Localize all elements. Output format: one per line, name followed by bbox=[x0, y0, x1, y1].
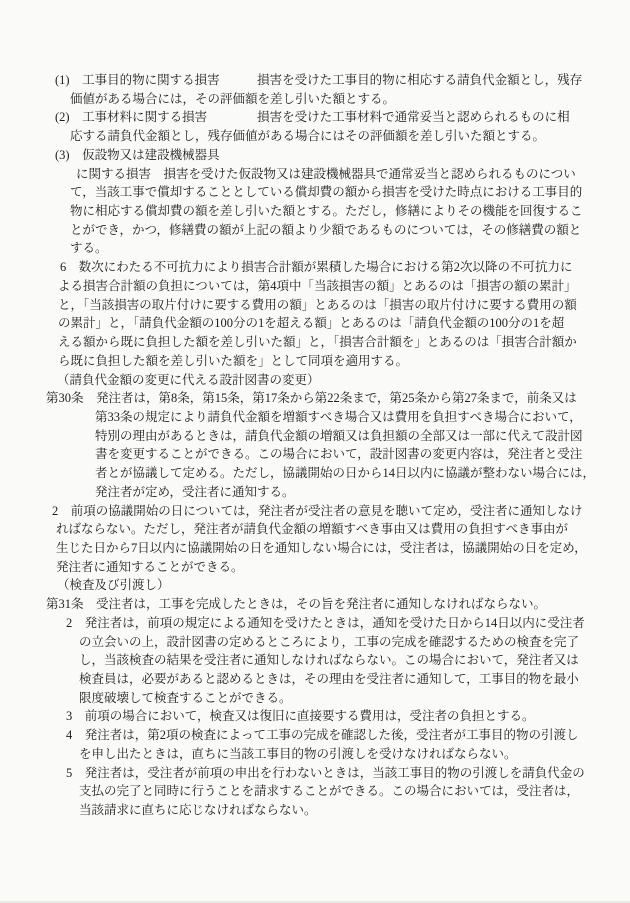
clause-item: 2 発注者は，前項の規定による通知を受けたときは，通知を受けた日から14日以内に… bbox=[0, 614, 630, 633]
article-heading: （請負代金額の変更に代える設計図書の変更） bbox=[0, 371, 630, 390]
article-continuation: 発注者が定め，受注者に通知する。 bbox=[0, 483, 630, 502]
clause-item-continuation: ら既に負担した額を差し引いた額を」として同項を適用する。 bbox=[0, 352, 630, 371]
clause-item: 5 発注者は，受注者が前項の申出を行わないときは，当該工事目的物の引渡しを請負代… bbox=[0, 764, 630, 783]
clause-item: 3 前項の場合において，検査又は復旧に直接要する費用は，受注者の負担とする。 bbox=[0, 707, 630, 726]
clause-item: 2 前項の協議開始の日については，発注者が受注者の意見を聴いて定め，受注者に通知… bbox=[0, 502, 630, 521]
list-item-continuation: 応する請負代金額とし，残存価値がある場合にはその評価額を差し引いた額とする。 bbox=[0, 127, 630, 146]
clause-item-continuation: 発注者に通知することができる。 bbox=[0, 558, 630, 577]
list-item-continuation: する。 bbox=[0, 239, 630, 258]
document-page: (1) 工事目的物に関する損害 損害を受けた工事目的物に相応する請負代金額とし，… bbox=[0, 0, 630, 903]
clause-item-continuation: 当該請求に直ちに応じなければならない。 bbox=[0, 801, 630, 820]
article-continuation: 者とが協議して定める。ただし，協議開始の日から14日以内に協議が整わない場合には… bbox=[0, 464, 630, 483]
clause-item-continuation: の累計」と，「請負代金額の100分の1を超える額」とあるのは「請負代金額の100… bbox=[0, 314, 630, 333]
list-item-continuation: に関する損害 損害を受けた仮設物又は建設機械器具で通常妥当と認められるものについ bbox=[0, 165, 630, 184]
article-continuation: 第33条の規定により請負代金額を増額すべき場合又は費用を負担すべき場合において， bbox=[0, 408, 630, 427]
list-item: (2) 工事材料に関する損害 損害を受けた工事材料で通常妥当と認められるものに相 bbox=[0, 108, 630, 127]
list-item-continuation: 物に相応する償却費の額を差し引いた額とする。ただし，修繕によりその機能を回復する… bbox=[0, 202, 630, 221]
clause-item-continuation: を申し出たときは，直ちに当該工事目的物の引渡しを受けなければならない。 bbox=[0, 745, 630, 764]
list-item-continuation: とができ，かつ，修繕費の額が上記の額より少額であるものについては，その修繕費の額… bbox=[0, 221, 630, 240]
clause-item-continuation: 支払の完了と同時に行うことを請求することができる。この場合においては，受注者は， bbox=[0, 782, 630, 801]
clause-item-continuation: し，当該検査の結果を受注者に通知しなければならない。この場合において，発注者又は bbox=[0, 651, 630, 670]
list-item-continuation: 価値がある場合には，その評価額を差し引いた額とする。 bbox=[0, 90, 630, 109]
clause-item-continuation: 生じた日から7日以内に協議開始の日を通知しない場合には，受注者は，協議開始の日を… bbox=[0, 539, 630, 558]
clause-item: 6 数次にわたる不可抗力により損害合計額が累積した場合における第2次以降の不可抗… bbox=[0, 258, 630, 277]
clause-item-continuation: よる損害合計額の負担については，第4項中「当該損害の額」とあるのは「損害の額の累… bbox=[0, 277, 630, 296]
list-item-continuation: て，当該工事で償却することとしている償却費の額から損害を受けた時点における工事目… bbox=[0, 183, 630, 202]
clause-item-continuation: 限度破壊して検査することができる。 bbox=[0, 689, 630, 708]
article-continuation: 書を変更することができる。この場合において，設計図書の変更内容は，発注者と受注 bbox=[0, 445, 630, 464]
list-item: (3) 仮設物又は建設機械器具 bbox=[0, 146, 630, 165]
article: 第30条 発注者は，第8条，第15条，第17条から第22条まで，第25条から第2… bbox=[0, 389, 630, 408]
list-item: (1) 工事目的物に関する損害 損害を受けた工事目的物に相応する請負代金額とし，… bbox=[0, 71, 630, 90]
clause-item: 4 発注者は，第2項の検査によって工事の完成を確認した後，受注者が工事目的物の引… bbox=[0, 726, 630, 745]
clause-item-continuation: の立会いの上，設計図書の定めるところにより，工事の完成を確認するための検査を完了 bbox=[0, 633, 630, 652]
article-heading: （検査及び引渡し） bbox=[0, 576, 630, 595]
clause-item-continuation: える額から既に負担した額を差し引いた額」と，「損害合計額を」とあるのは「損害合計… bbox=[0, 333, 630, 352]
document-text: (1) 工事目的物に関する損害 損害を受けた工事目的物に相応する請負代金額とし，… bbox=[0, 71, 630, 820]
article: 第31条 受注者は，工事を完成したときは，その旨を発注者に通知しなければならない… bbox=[0, 595, 630, 614]
article-continuation: 特別の理由があるときは，請負代金額の増額又は負担額の全部又は一部に代えて設計図 bbox=[0, 427, 630, 446]
clause-item-continuation: と，「当該損害の取片付けに要する費用の額」とあるのは「損害の取片付けに要する費用… bbox=[0, 296, 630, 315]
clause-item-continuation: ればならない。ただし，発注者が請負代金額の増額すべき事由又は費用の負担すべき事由… bbox=[0, 520, 630, 539]
clause-item-continuation: 検査員は，必要があると認めるときは，その理由を受注者に通知して，工事目的物を最小 bbox=[0, 670, 630, 689]
